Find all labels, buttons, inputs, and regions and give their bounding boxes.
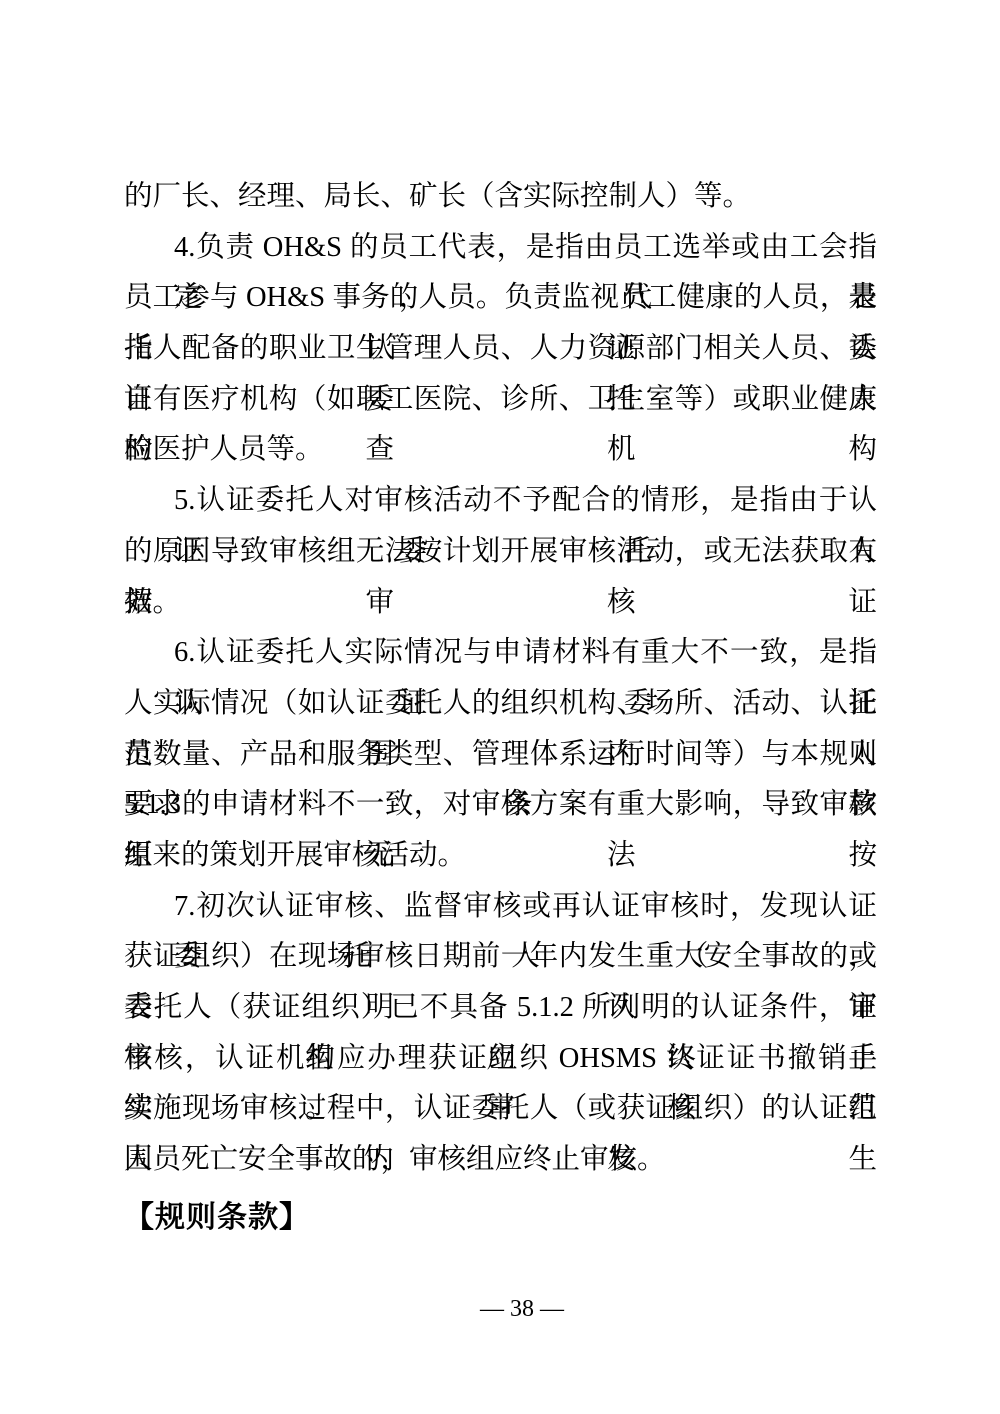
- document-page: 的厂长、经理、局长、矿长（含实际控制人）等。4.负责 OH&S 的员工代表，是指…: [0, 0, 1000, 1414]
- text-line: 员数量、产品和服务类型、管理体系运行时间等）与本规则 5.1.3 条款: [124, 730, 877, 781]
- text-line: 要求的申请材料不一致，对审核方案有重大影响，导致审核组无法按: [124, 780, 877, 831]
- text-line: 委托人（获证组织）已不具备 5.1.2 所列明的认证条件，审核组应终止: [124, 983, 877, 1034]
- text-line: 托人配备的职业卫生管理人员、人力资源部门相关人员、认证委托人: [124, 324, 877, 375]
- text-line: 7.初次认证审核、监督审核或再认证审核时，发现认证委托人（或: [124, 882, 877, 933]
- text-line: 人实际情况（如认证委托人的组织机构、场所、活动、认证范围内人: [124, 679, 877, 730]
- text-line: 的原因导致审核组无法按计划开展审核活动，或无法获取有效审核证: [124, 527, 877, 578]
- paragraph-lines: 的厂长、经理、局长、矿长（含实际控制人）等。4.负责 OH&S 的员工代表，是指…: [124, 172, 877, 1186]
- page-number: — 38 —: [0, 1296, 1000, 1323]
- text-line: 审核，认证机构应办理获证组织 OHSMS 认证证书撤销手续。审核组: [124, 1034, 877, 1085]
- text-line: 员工参与 OH&S 事务的人员。负责监视员工健康的人员，是指认证委: [124, 273, 877, 324]
- text-line: 实施现场审核过程中，认证委托人（或获证组织）的认证范围内发生: [124, 1084, 877, 1135]
- text-line: 6.认证委托人实际情况与申请材料有重大不一致，是指认证委托: [124, 628, 877, 679]
- section-heading: 【规则条款】: [124, 1193, 877, 1244]
- text-line: 的厂长、经理、局长、矿长（含实际控制人）等。: [124, 172, 877, 223]
- text-line: 自有医疗机构（如职工医院、诊所、卫生室等）或职业健康检查机构: [124, 375, 877, 426]
- document-body: 的厂长、经理、局长、矿长（含实际控制人）等。4.负责 OH&S 的员工代表，是指…: [124, 172, 877, 1243]
- text-line: 5.认证委托人对审核活动不予配合的情形，是指由于认证委托人: [124, 476, 877, 527]
- text-line: 4.负责 OH&S 的员工代表，是指由员工选举或由工会指定，代表: [124, 223, 877, 274]
- text-line: 获证组织）在现场审核日期前一年内发生重大安全事故的，表明认证: [124, 932, 877, 983]
